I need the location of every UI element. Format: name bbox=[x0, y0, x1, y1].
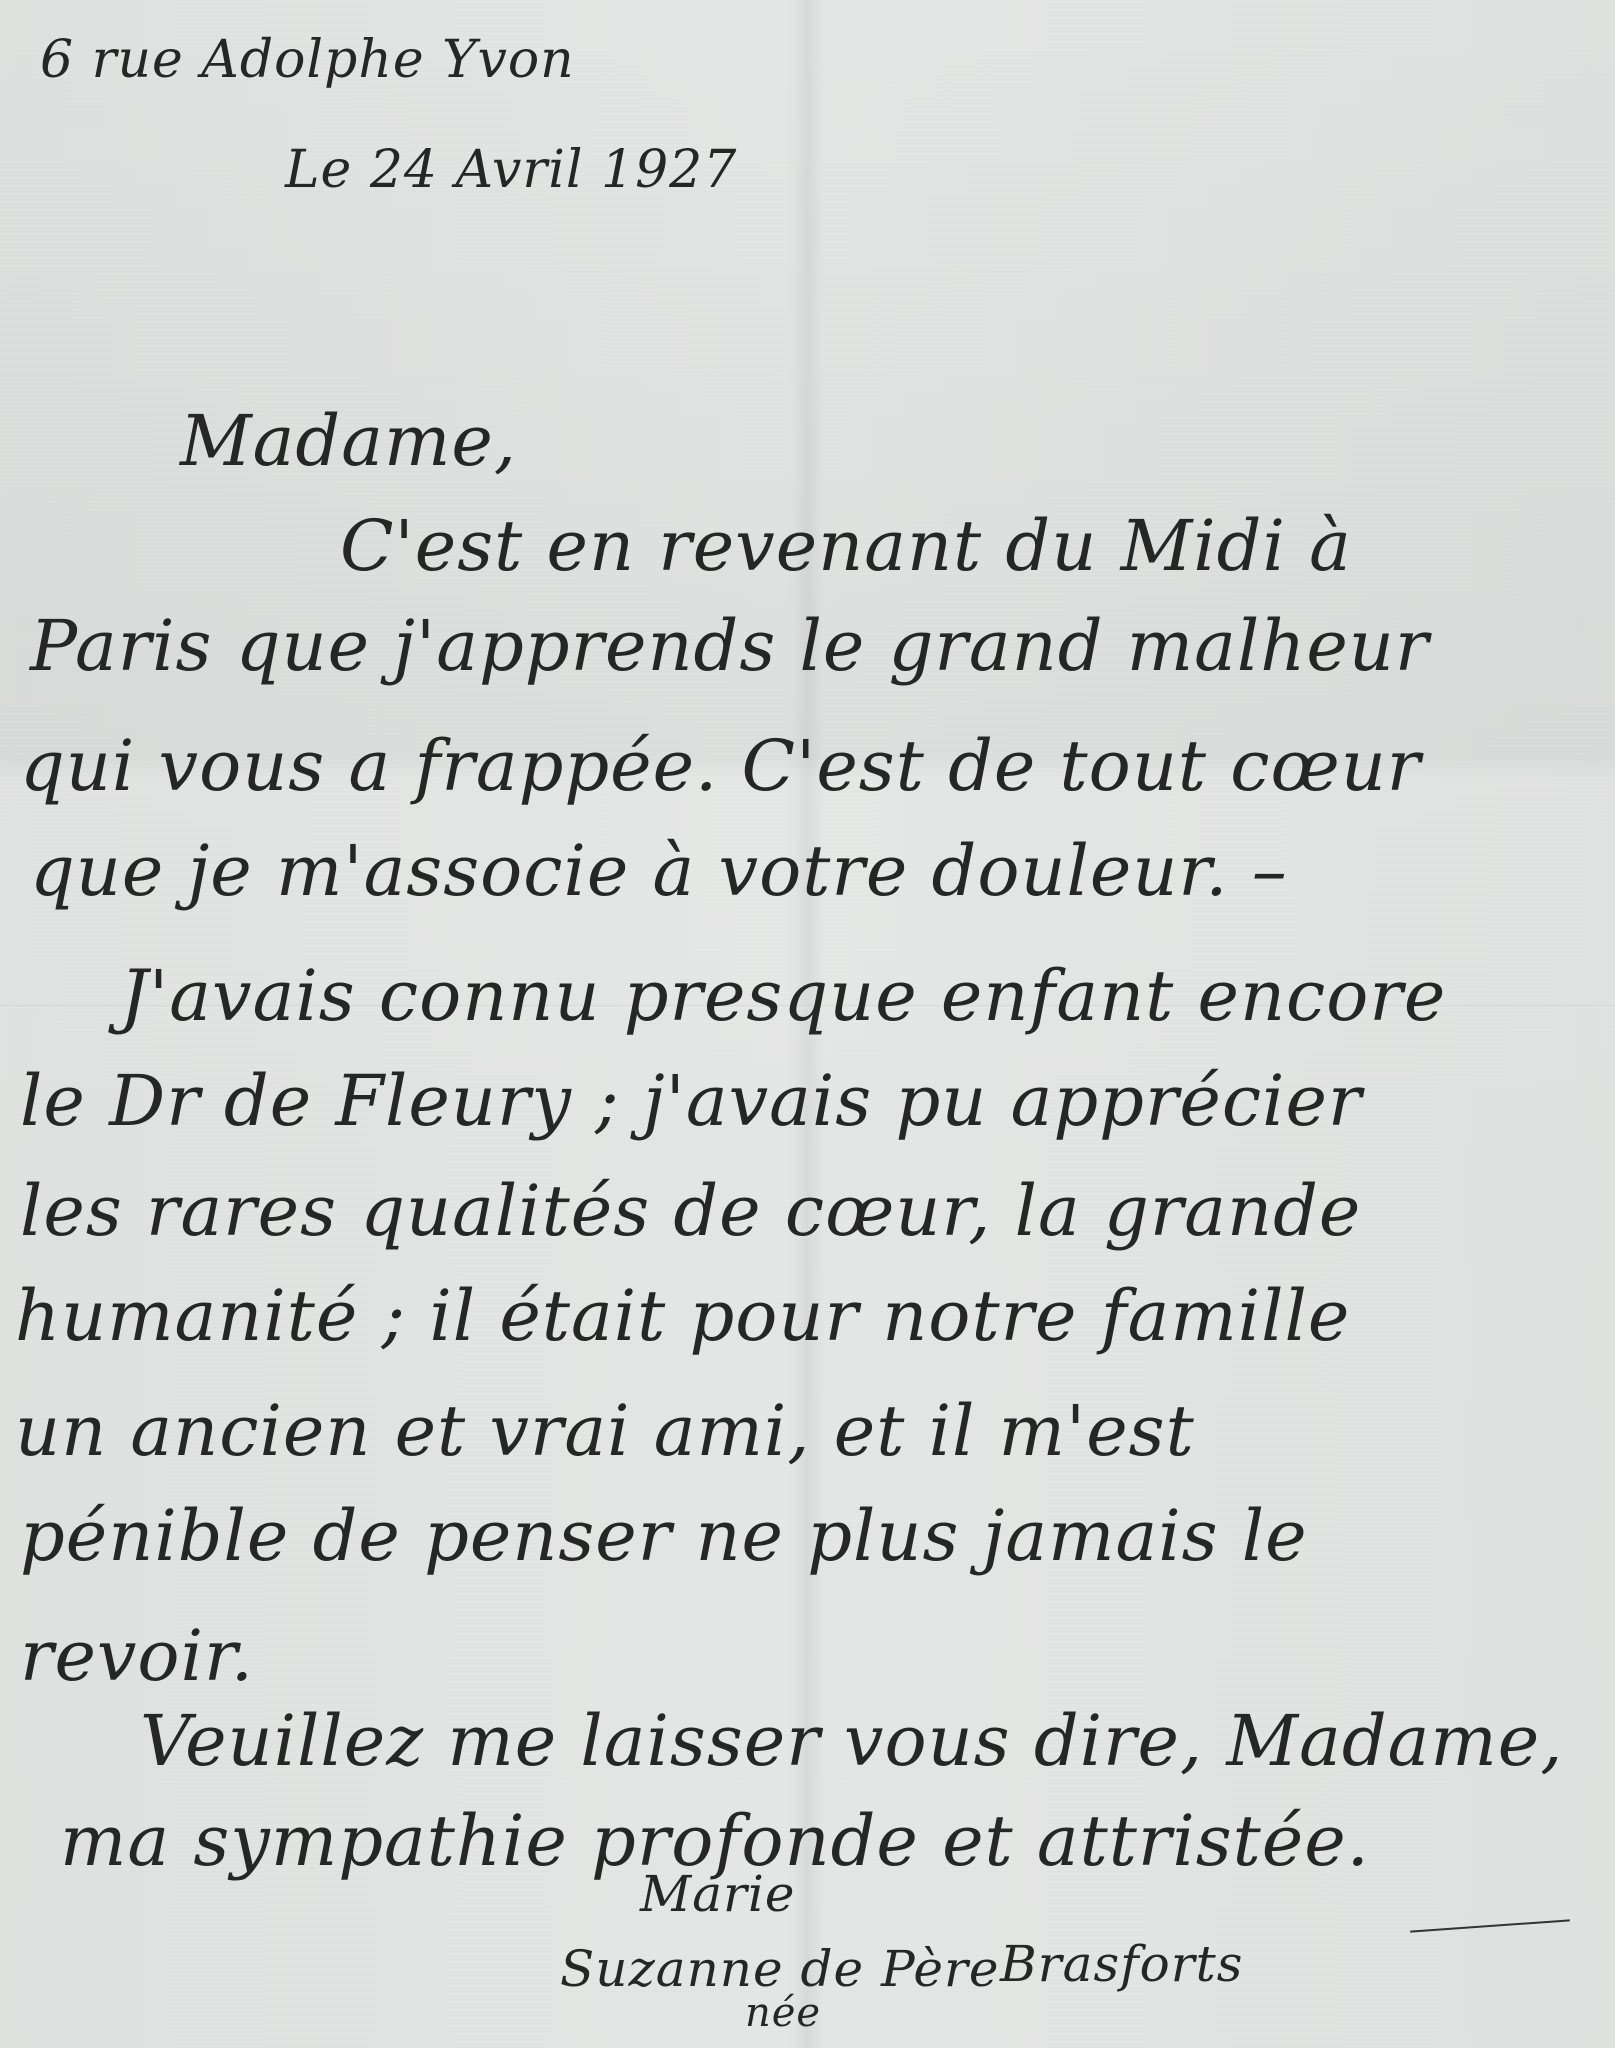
body-line: que je m'associe à votre douleur. – bbox=[30, 830, 1288, 912]
body-line: Paris que j'apprends le grand malheur bbox=[30, 605, 1429, 687]
body-line: un ancien et vrai ami, et il m'est bbox=[15, 1390, 1195, 1472]
body-line: qui vous a frappée. C'est de tout cœur bbox=[20, 725, 1421, 807]
body-line: revoir. bbox=[20, 1615, 254, 1697]
body-line: J'avais connu presque enfant encore bbox=[120, 955, 1446, 1037]
letter-date: Le 24 Avril 1927 bbox=[285, 140, 737, 200]
signature-flourish bbox=[1410, 1919, 1570, 1932]
letter-page: 6 rue Adolphe Yvon Le 24 Avril 1927 Mada… bbox=[0, 0, 1615, 2048]
body-line: pénible de penser ne plus jamais le bbox=[20, 1495, 1308, 1577]
body-line: les rares qualités de cœur, la grande bbox=[20, 1170, 1361, 1252]
signature-maiden-name: Brasforts bbox=[1000, 1935, 1243, 1993]
signature-first-name: Marie bbox=[640, 1865, 796, 1923]
sender-address: 6 rue Adolphe Yvon bbox=[40, 30, 575, 90]
signature-nee: née bbox=[745, 1990, 821, 2036]
body-line: C'est en revenant du Midi à bbox=[340, 505, 1352, 587]
body-line: le Dr de Fleury ; j'avais pu apprécier bbox=[20, 1060, 1362, 1142]
salutation: Madame, bbox=[180, 400, 517, 482]
closing-line: Veuillez me laisser vous dire, Madame, bbox=[140, 1700, 1563, 1782]
body-line: humanité ; il était pour notre famille bbox=[15, 1275, 1350, 1357]
